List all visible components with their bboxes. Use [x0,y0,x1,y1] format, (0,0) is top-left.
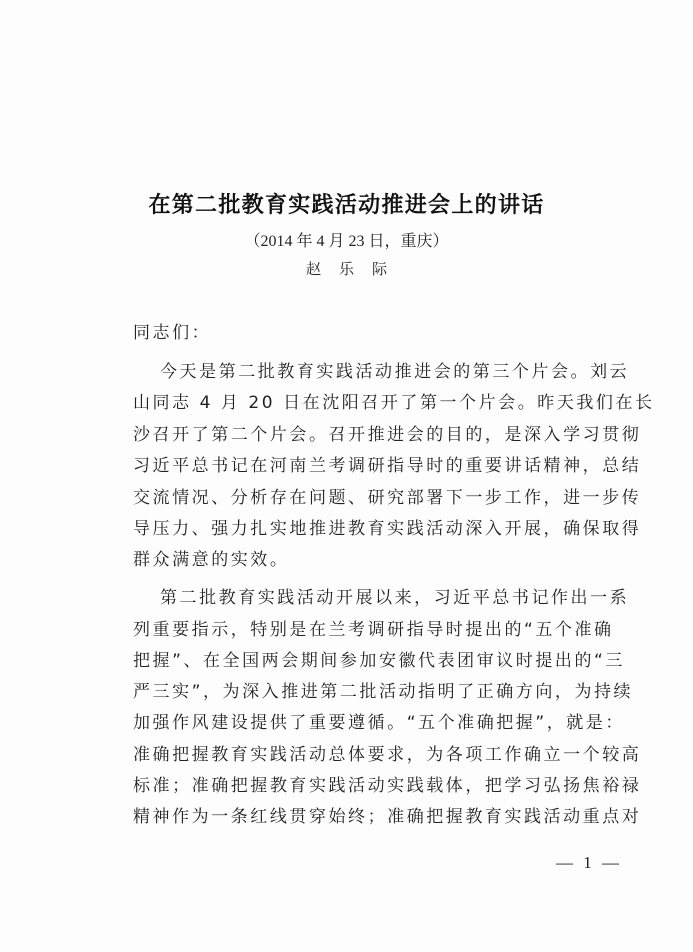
body-line: 准确把握教育实践活动总体要求，为各项工作确立一个较高 [133,745,633,765]
body-line: 导压力、强力扎实地推进教育实践活动深入开展，确保取得 [133,519,633,539]
body-line: 把握”、在全国两会期间参加安徽代表团审议时提出的“三 [133,651,633,671]
body-line: 严三实”，为深入推进第二批活动指明了正确方向，为持续 [133,682,633,702]
body-line: 列重要指示，特别是在兰考调研指导时提出的“五个准确 [133,620,633,640]
body-line: 第二批教育实践活动开展以来，习近平总书记作出一系 [160,588,660,608]
page-number: — 1 — [556,853,622,873]
body-line: 加强作风建设提供了重要遵循。“五个准确把握”，就是： [133,713,633,733]
body-line: 标准；准确把握教育实践活动实践载体，把学习弘扬焦裕禄 [133,776,633,796]
document-author: 赵乐际 [0,258,693,279]
body-line: 群众满意的实效。 [133,550,633,570]
document-subtitle-date-location: （2014 年 4 月 23 日，重庆） [0,228,693,251]
body-line: 沙召开了第二个片会。召开推进会的目的，是深入学习贯彻 [133,425,633,445]
body-line: 今天是第二批教育实践活动推进会的第三个片会。刘云 [160,362,660,382]
document-page: 在第二批教育实践活动推进会上的讲话 （2014 年 4 月 23 日，重庆） 赵… [0,0,693,952]
body-line: 山同志 4 月 20 日在沈阳召开了第一个片会。昨天我们在长 [133,393,633,413]
body-line: 交流情况、分析存在问题、研究部署下一步工作，进一步传 [133,488,633,508]
body-line: 习近平总书记在河南兰考调研指导时的重要讲话精神，总结 [133,456,633,476]
body-line: 精神作为一条红线贯穿始终；准确把握教育实践活动重点对 [133,807,633,827]
salutation: 同志们： [133,323,633,343]
document-title: 在第二批教育实践活动推进会上的讲话 [0,188,693,219]
